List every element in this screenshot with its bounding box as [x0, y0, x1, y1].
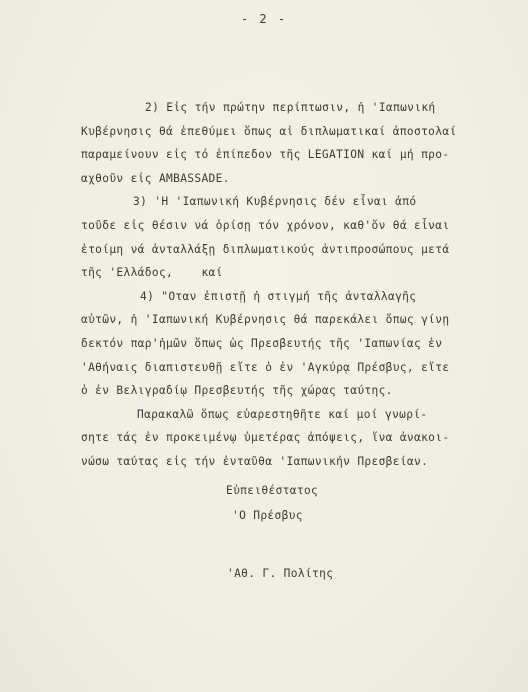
paragraph-3-line-2: τοῦδε εἰς θέσιν νά ὁρίσῃ τόν χρόνον, καθ…: [81, 219, 449, 233]
paragraph-4-line-2: αὐτῶν, ἡ 'Ιαπωνική Κυβέρνησις θά παρεκάλ…: [81, 313, 449, 327]
signer-name: 'Αθ. Γ. Πολίτης: [227, 567, 333, 581]
paragraph-4-line-3: δεκτόν παρ'ἡμῶν ὅπως ὡς Πρεσβευτής τῆς '…: [81, 337, 442, 351]
page-number: - 2 -: [0, 12, 528, 26]
typewritten-letter-page: - 2 - 2) Εἰς τήν πρώτην περίπτωσιν, ἡ 'Ι…: [0, 0, 528, 692]
paragraph-2-line-4: αχθοῦν εἰς AMBASSADE.: [81, 172, 230, 186]
closing-line-3: νώσω ταύτας εἰς τήν ἐνταῦθα 'Ιαπωνικήν Π…: [81, 455, 428, 469]
paragraph-3-line-3: ἑτοίμη νά ἀνταλλάξῃ διπλωματικούς ἀντιπρ…: [81, 243, 449, 257]
paragraph-4-line-5: ὁ ἐν Βελιγραδίῳ Πρεσβευτής τῆς χώρας ταύ…: [81, 384, 393, 398]
paragraph-2-line-3: παραμείνουν εἰς τό ἐπίπεδον τῆς LEGATION…: [81, 148, 449, 162]
paragraph-3-line-4: τῆς 'Ελλάδος, καί: [81, 266, 223, 280]
paragraph-2-line-1: 2) Εἰς τήν πρώτην περίπτωσιν, ἡ 'Ιαπωνικ…: [145, 101, 436, 115]
paragraph-4-line-4: 'Αθήναις διαπιστευθῇ εἴτε ὁ ἐν 'Αγκύρᾳ Π…: [81, 361, 449, 375]
closing-line-2: σητε τάς ἐν προκειμένῳ ὑμετέρας ἀπόψεις,…: [81, 431, 449, 445]
closing-line-1: Παρακαλῶ ὅπως εὐαρεστηθῆτε καί μοί γνωρί…: [137, 408, 428, 422]
salutation: Εὐπειθέστατος: [226, 484, 318, 498]
paragraph-3-line-1: 3) 'Η 'Ιαπωνική Κυβέρνησις δέν εἶναι ἀπό: [133, 195, 416, 209]
signer-title: 'Ο Πρέσβυς: [232, 509, 303, 523]
paragraph-4-line-1: 4) "Οταν ἐπιστῇ ἡ στιγμή τῆς ἀνταλλαγῆς: [140, 290, 416, 304]
paragraph-2-line-2: Κυβέρνησις θά ἐπεθύμει ὅπως αἱ διπλωματι…: [81, 125, 457, 139]
